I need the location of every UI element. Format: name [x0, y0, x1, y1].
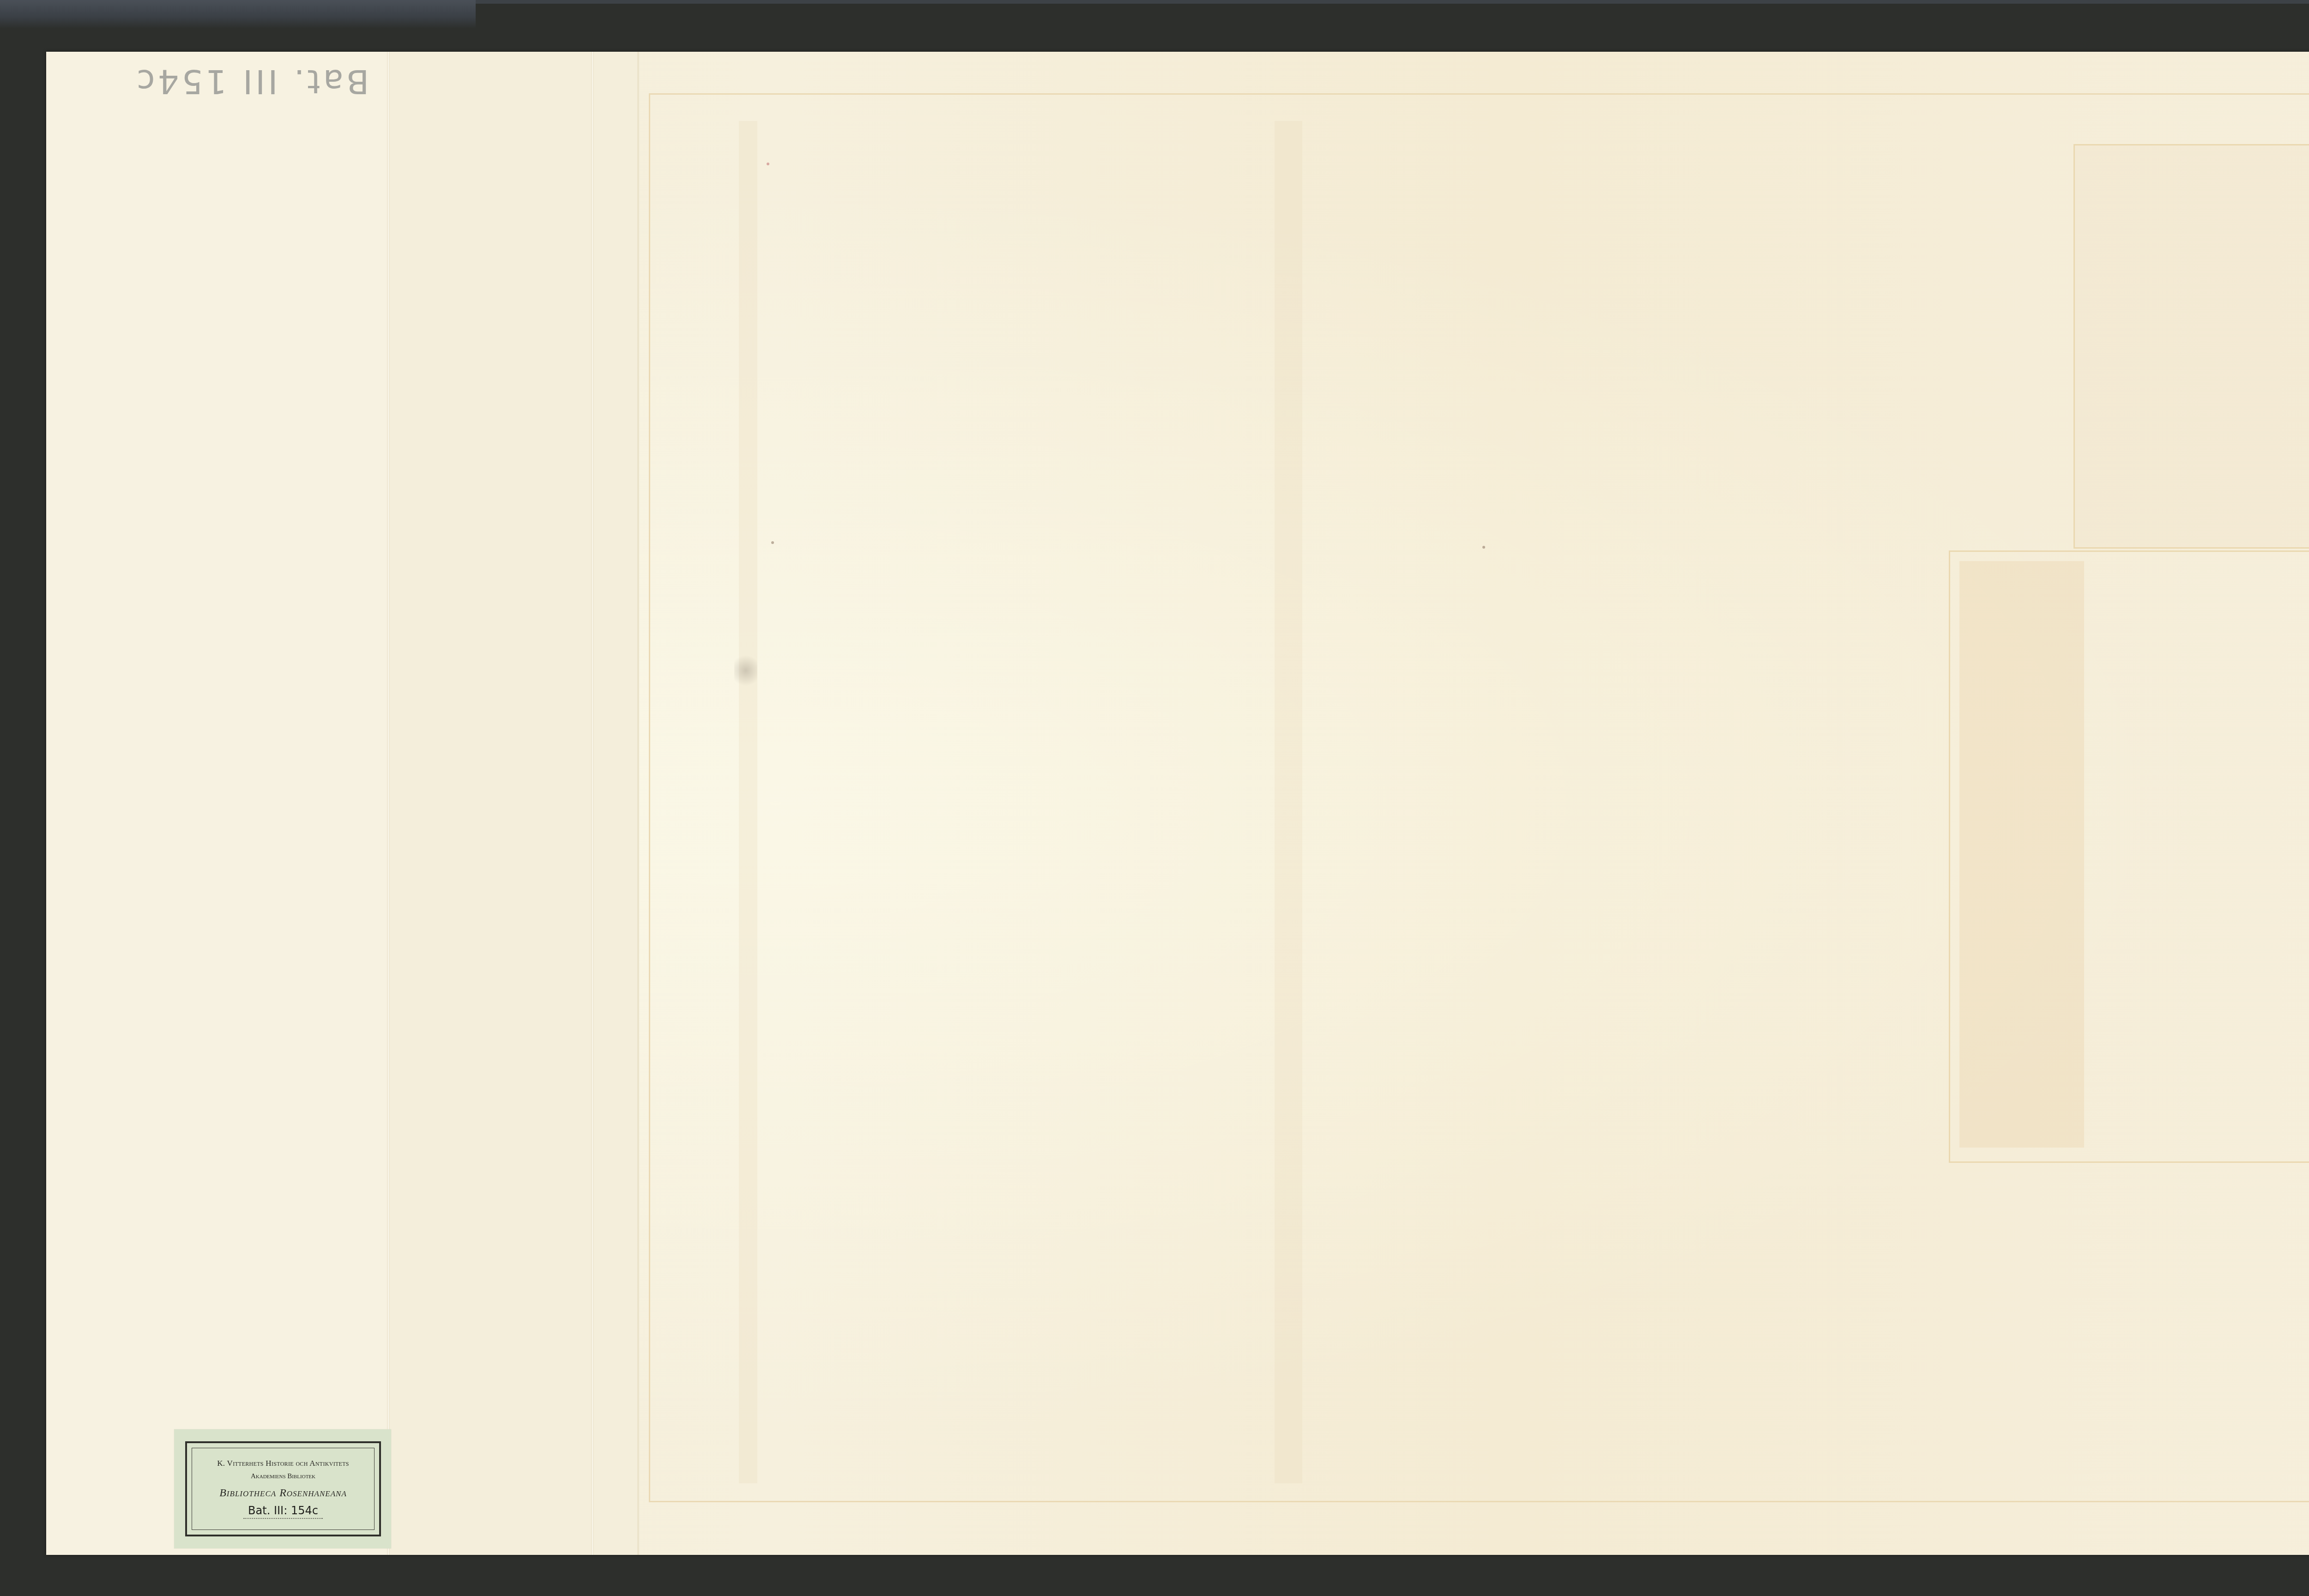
bookplate-institution: K. Vitterhets Historie och Antikvitets — [217, 1459, 349, 1468]
bookplate-shelfmark: Bat. III: 154c — [243, 1504, 323, 1519]
fold-crease — [591, 52, 594, 1555]
bookplate-inner-border: K. Vitterhets Historie och Antikvitets A… — [192, 1448, 375, 1530]
bookplate-outer-border: K. Vitterhets Historie och Antikvitets A… — [185, 1441, 381, 1536]
paper-speck — [1482, 546, 1485, 549]
folded-flap-second — [388, 52, 639, 1555]
scanner-edge-strip — [0, 0, 476, 29]
paper-speck — [767, 163, 769, 165]
paper-sheet — [46, 52, 2309, 1555]
inset-plate-mark-top-right — [2073, 144, 2309, 549]
show-through-column — [739, 121, 757, 1483]
bookplate-library: Akademiens Bibliotek — [251, 1473, 315, 1481]
offset-stain — [1959, 561, 2084, 1148]
pencil-shelfmark-annotation: Bat. III 154c — [134, 62, 369, 101]
show-through-column — [1275, 121, 1302, 1483]
fold-crease — [387, 52, 390, 1555]
library-bookplate-label: K. Vitterhets Historie och Antikvitets A… — [174, 1429, 391, 1548]
inset-plate-mark-mid-right — [1949, 550, 2309, 1163]
folded-flap-left — [46, 52, 389, 1555]
scanner-edge-strip-right — [476, 0, 2309, 4]
paper-speck — [771, 541, 774, 544]
bookplate-collection: Bibliotheca Rosenhaneana — [219, 1487, 347, 1499]
ink-smudge — [734, 652, 757, 689]
